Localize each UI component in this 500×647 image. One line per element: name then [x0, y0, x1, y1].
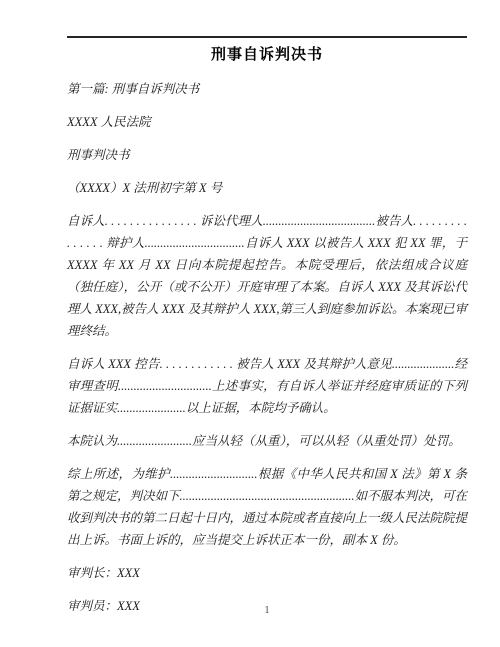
- paragraph-facts-evidence: 自诉人 XXX 控告. . . . . . . . . . . . 被告人 XX…: [67, 353, 467, 419]
- document-content: 刑事自诉判决书 第一篇: 刑事自诉判决书 XXXX 人民法院 刑事判决书 （XX…: [67, 36, 467, 628]
- paragraph-court-name: XXXX 人民法院: [67, 111, 467, 133]
- paragraph-court-opinion: 本院认为........................应当从轻（从重），可以从…: [67, 430, 467, 452]
- document-page: 刑事自诉判决书 第一篇: 刑事自诉判决书 XXXX 人民法院 刑事判决书 （XX…: [0, 0, 500, 647]
- paragraph-section-heading: 第一篇: 刑事自诉判决书: [67, 78, 467, 100]
- paragraph-doc-type: 刑事判决书: [67, 144, 467, 166]
- document-title: 刑事自诉判决书: [67, 44, 467, 64]
- paragraph-judgment: 综上所述，为维护............................根据《中…: [67, 463, 467, 551]
- page-number: 1: [67, 604, 467, 618]
- paragraph-case-number: （XXXX）X 法刑初字第 X 号: [67, 177, 467, 199]
- signature-presiding-judge: 审判长：XXX: [67, 562, 467, 584]
- paragraph-parties: 自诉人. . . . . . . . . . . . . . . 诉讼代理人..…: [67, 210, 467, 342]
- header-rule: [67, 36, 467, 38]
